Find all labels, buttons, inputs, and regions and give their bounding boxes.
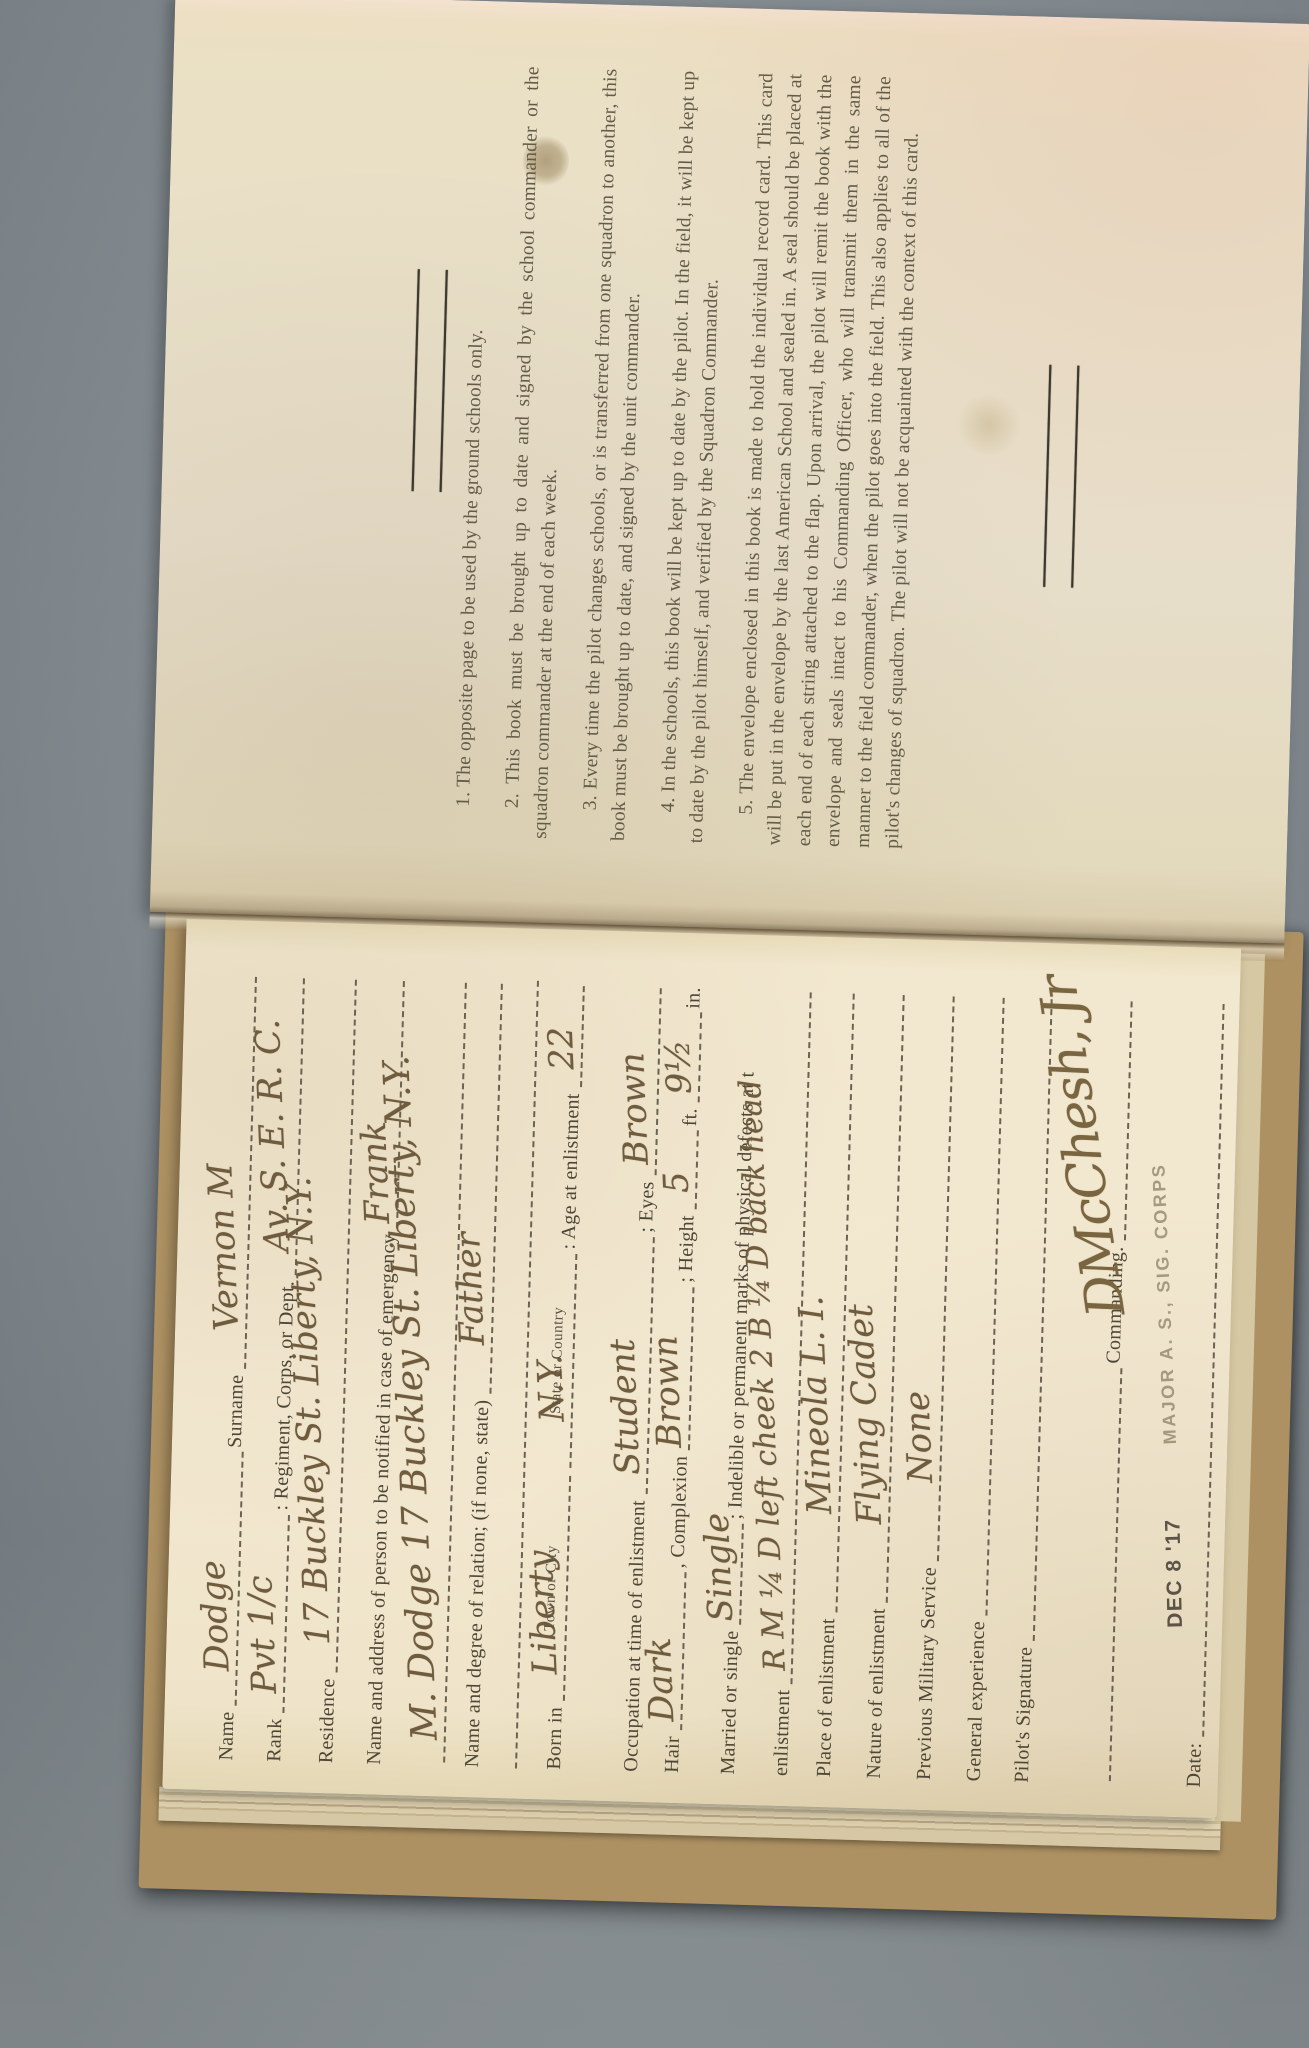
height-feet-value: 5 <box>656 1170 697 1193</box>
date-stamp: DEC 8 '17 <box>1161 1518 1188 1628</box>
height-inches-value: 9½ <box>658 1039 700 1095</box>
hair-field: Dark <box>650 1572 686 1731</box>
form-reading-area: Name Dodge Surname Vernon M Rank Pvt 1/c… <box>162 919 1241 1818</box>
pilot-record-form-page: Name Dodge Surname Vernon M Rank Pvt 1/c… <box>162 919 1241 1818</box>
place-value: Mineola L. I. <box>791 1295 840 1515</box>
rule-line <box>440 270 448 492</box>
married-label: Married or single <box>717 1628 745 1775</box>
complexion-value: Brown <box>645 1334 690 1448</box>
age-value: 22 <box>541 1026 583 1071</box>
height-label: ; Height <box>675 1213 701 1283</box>
married-value: Single <box>697 1512 742 1622</box>
nature-label: Nature of enlistment <box>863 1606 892 1779</box>
relation-label: Name and degree of relation; (if none, s… <box>461 1397 495 1767</box>
instructions-text: 1. The opposite page to be used by the g… <box>448 65 948 850</box>
born-town-sublabel: Town or City <box>542 1545 561 1631</box>
instructions-reading-area: 1. The opposite page to be used by the g… <box>150 0 1309 944</box>
double-rule-bottom <box>1043 365 1105 588</box>
height-feet-field: 5 <box>665 1130 699 1210</box>
instructions-page: 1. The opposite page to be used by the g… <box>150 0 1309 944</box>
place-label: Place of enlistment <box>813 1616 841 1778</box>
previous-service-value: None <box>897 1390 941 1484</box>
date-field: DEC 8 '17 <box>1172 1003 1224 1737</box>
feet-unit-label: ft. <box>679 1106 704 1127</box>
hair-value: Dark <box>639 1637 682 1723</box>
open-record-book: 1. The opposite page to be used by the g… <box>115 0 1309 1978</box>
form-row-date: Date: DEC 8 '17 <box>1161 999 1229 1788</box>
rank-label: Rank <box>263 1716 288 1762</box>
previous-service-label: Previous Military Service <box>913 1565 943 1781</box>
rank-value: Pvt 1/c <box>240 1574 285 1694</box>
date-label: Date: <box>1183 1740 1208 1787</box>
rule-line <box>1071 366 1079 588</box>
nature-value: Flying Cadet <box>841 1303 890 1525</box>
name-value: Dodge <box>193 1559 238 1672</box>
previous-service-field: None <box>907 996 955 1562</box>
general-experience-label: General experience <box>963 1619 992 1782</box>
instruction-paragraph: 5. The envelope enclosed in this book is… <box>730 72 928 849</box>
instruction-paragraph: 3. Every time the pilot changes schools,… <box>574 68 655 841</box>
surname-value: Vernon M <box>200 1162 247 1331</box>
instruction-paragraph: 4. In the schools, this book will be kep… <box>652 70 733 843</box>
rule-line <box>412 269 420 491</box>
born-state-sublabel: State or Country <box>548 1307 568 1415</box>
scanned-book-photo: { "instructions_page": { "paragraphs": [… <box>0 0 1309 2048</box>
rank-field: Pvt 1/c <box>252 1514 290 1713</box>
eyes-value: Brown <box>612 1052 657 1166</box>
complexion-label: , Complexion <box>667 1453 694 1568</box>
height-inches-field: 9½ <box>668 1012 702 1102</box>
inches-unit-label: in. <box>682 985 707 1009</box>
residence-label: Residence <box>315 1676 341 1764</box>
instruction-paragraph: 2. This book must be brought up to date … <box>496 66 577 839</box>
name-field: Dodge <box>205 1451 244 1706</box>
rule-line <box>1043 365 1051 587</box>
age-label: : Age at enlistment <box>558 1091 586 1250</box>
complexion-field: Brown <box>658 1286 695 1450</box>
age-field: 22 <box>550 985 585 1087</box>
occupation-value: Student <box>603 1338 649 1476</box>
surname-label: Surname <box>224 1372 250 1448</box>
commanding-signature-field <box>1079 1367 1123 1781</box>
pilot-signature-label: Pilot's Signature <box>1011 1644 1039 1783</box>
hair-label: Hair <box>661 1734 686 1773</box>
form-row-born: Born in Liberty Town or City N.Y. State … <box>521 981 589 1770</box>
born-label: Born in <box>543 1705 569 1770</box>
married-field: Single <box>709 1523 744 1625</box>
relation-field: Father <box>459 983 502 1394</box>
born-state-field: N.Y. State or Country <box>539 1253 577 1468</box>
relation-value: Father <box>448 1231 493 1346</box>
born-town-field: Liberty Town or City <box>533 1475 571 1701</box>
name-label: Name <box>215 1709 240 1761</box>
